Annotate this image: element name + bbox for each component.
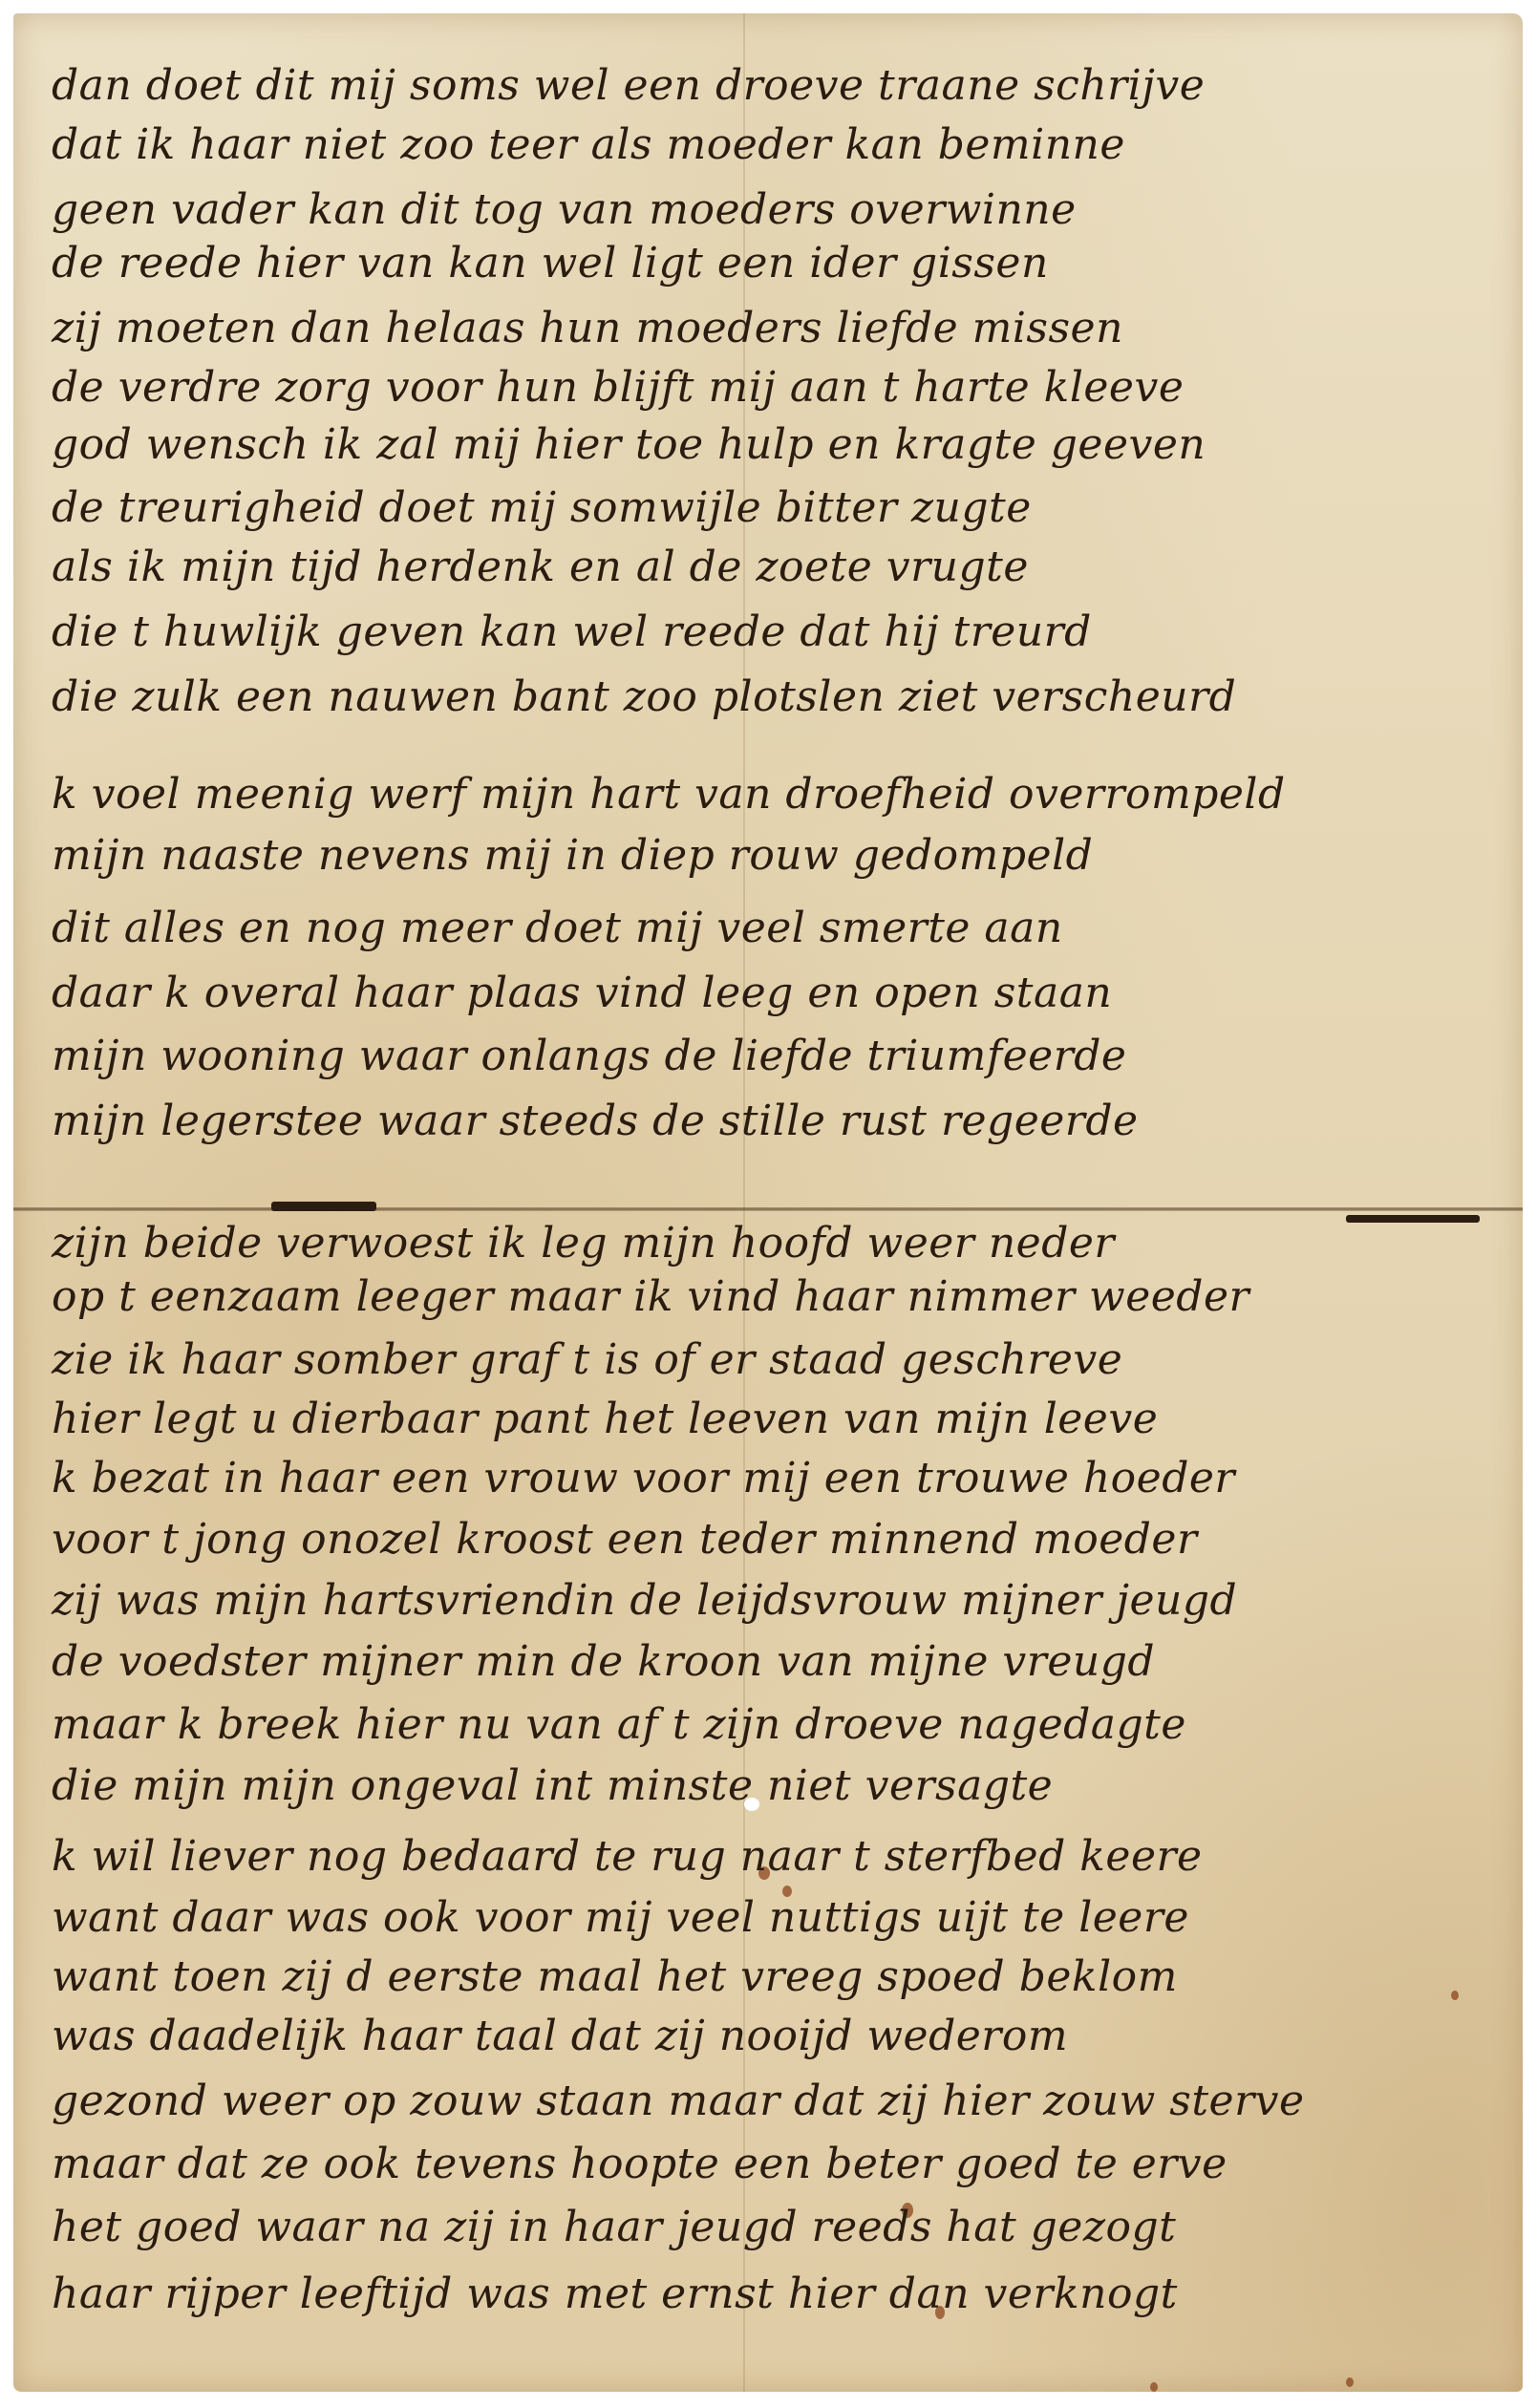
text-line: de treurigheid doet mij somwijle bitter … — [52, 483, 1032, 532]
text-line: dat ik haar niet zoo teer als moeder kan… — [52, 120, 1125, 169]
text-line: die mijn mijn ongeval int minste niet ve… — [52, 1761, 1053, 1810]
text-line: hier legt u dierbaar pant het leeven van… — [52, 1395, 1158, 1443]
text-line: zijn beide verwoest ik leg mijn hoofd we… — [52, 1219, 1115, 1268]
ink-stain — [1346, 2377, 1354, 2387]
text-line: was daadelijk haar taal dat zij nooijd w… — [52, 2012, 1068, 2060]
text-line: maar dat ze ook tevens hoopte een beter … — [52, 2140, 1227, 2188]
text-line: zij was mijn hartsvriendin de leijdsvrou… — [52, 1576, 1237, 1625]
text-line: want toen zij d eerste maal het vreeg sp… — [52, 1952, 1178, 2001]
text-line: zie ik haar somber graf t is of er staad… — [52, 1335, 1122, 1384]
text-line: geen vader kan dit tog van moeders overw… — [52, 185, 1077, 234]
ink-stain — [1150, 2382, 1158, 2392]
text-line: die t huwlijk geven kan wel reede dat hi… — [52, 607, 1092, 656]
text-line: k bezat in haar een vrouw voor mij een t… — [52, 1454, 1235, 1502]
letter-page: dan doet dit mij soms wel een droeve tra… — [13, 13, 1523, 2392]
text-line: de voedster mijner min de kroon van mijn… — [52, 1637, 1155, 1686]
text-line: het goed waar na zij in haar jeugd reeds… — [52, 2203, 1176, 2251]
text-line: daar k overal haar plaas vind leeg en op… — [52, 969, 1112, 1017]
text-line: de reede hier van kan wel ligt een ider … — [52, 239, 1049, 288]
text-line: mijn wooning waar onlangs de liefde triu… — [52, 1032, 1126, 1080]
text-line: die zulk een nauwen bant zoo plotslen zi… — [52, 672, 1236, 721]
text-line: op t eenzaam leeger maar ik vind haar ni… — [52, 1272, 1249, 1321]
text-line: gezond weer op zouw staan maar dat zij h… — [52, 2077, 1305, 2125]
text-line: k voel meenig werf mijn hart van droefhe… — [52, 770, 1286, 819]
text-line: mijn legerstee waar steeds de stille rus… — [52, 1097, 1139, 1145]
text-line: de verdre zorg voor hun blijft mij aan t… — [52, 363, 1184, 412]
text-line: want daar was ook voor mij veel nuttigs … — [52, 1893, 1189, 1942]
text-line: dit alles en nog meer doet mij veel smer… — [52, 904, 1063, 952]
text-line: mijn naaste nevens mij in diep rouw gedo… — [52, 831, 1093, 880]
ink-stain — [1451, 1991, 1459, 2000]
text-line: k wil liever nog bedaard te rug naar t s… — [52, 1832, 1203, 1881]
text-line: maar k breek hier nu van af t zijn droev… — [52, 1700, 1186, 1749]
text-line: dan doet dit mij soms wel een droeve tra… — [52, 61, 1205, 110]
horizontal-fold-crease — [13, 1207, 1523, 1211]
text-line: zij moeten dan helaas hun moeders liefde… — [52, 304, 1123, 352]
text-line: haar rijper leeftijd was met ernst hier … — [52, 2269, 1178, 2318]
text-line: god wensch ik zal mij hier toe hulp en k… — [52, 420, 1206, 469]
paper-tear-right — [1346, 1215, 1480, 1223]
paper-tear-left — [271, 1202, 376, 1211]
text-line: voor t jong onozel kroost een teder minn… — [52, 1515, 1198, 1564]
text-line: als ik mijn tijd herdenk en al de zoete … — [52, 543, 1029, 591]
